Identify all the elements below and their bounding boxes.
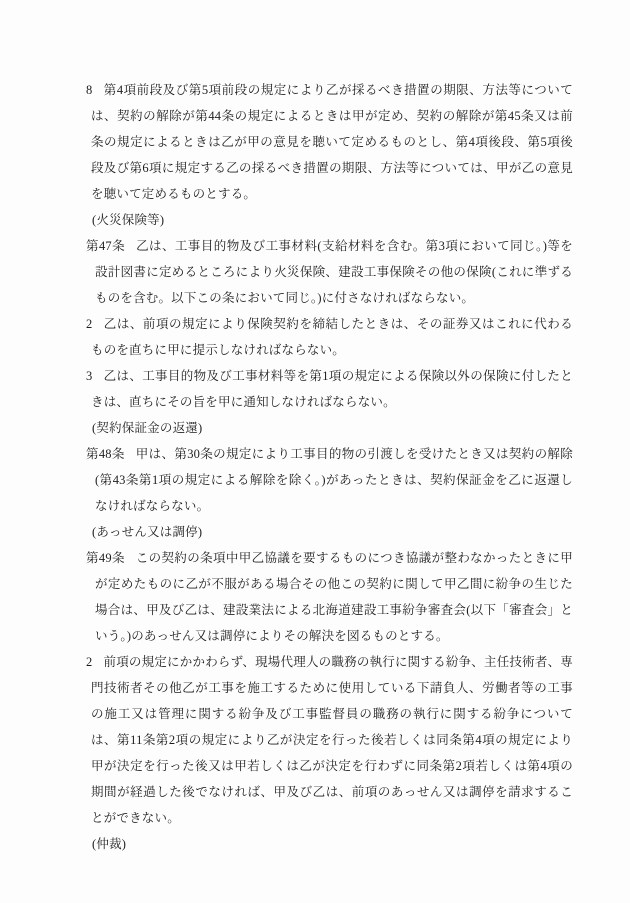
- section-heading-deposit-return: (契約保証金の返還): [86, 415, 573, 441]
- clause-item-text: 乙は、工事目的物及び工事材料等を第1項の規定による保険以外の保険に付したときは、…: [91, 369, 573, 409]
- clause-item-number: 2: [86, 655, 92, 669]
- section-heading-arbitration: (仲裁): [86, 831, 573, 857]
- article-text: 乙は、工事目的物及び工事材料(支給材料を含む。第3項において同じ。)等を設計図書…: [95, 239, 573, 305]
- document-page: 8第4項前段及び第5項前段の規定により乙が採るべき措置の期限、方法等については、…: [0, 0, 630, 903]
- clause-item-47-2: 2乙は、前項の規定により保険契約を締結したときは、その証券又はこれに代わるものを…: [86, 311, 573, 363]
- clause-item-text: 前項の規定にかかわらず、現場代理人の職務の執行に関する紛争、主任技術者、専門技術…: [91, 655, 573, 825]
- section-heading-mediation: (あっせん又は調停): [86, 519, 573, 545]
- section-heading-text: (あっせん又は調停): [92, 525, 202, 539]
- document-body: 8第4項前段及び第5項前段の規定により乙が採るべき措置の期限、方法等については、…: [86, 77, 573, 857]
- clause-item-49-2: 2前項の規定にかかわらず、現場代理人の職務の執行に関する紛争、主任技術者、専門技…: [86, 649, 573, 831]
- article-text: 甲は、第30条の規定により工事目的物の引渡しを受けたとき又は契約の解除(第43条…: [95, 447, 573, 513]
- clause-item-number: 8: [86, 83, 92, 97]
- article-text: この契約の条項中甲乙協議を要するものにつき協議が整わなかったときに甲が定めたもの…: [95, 551, 573, 643]
- clause-article-49: 第49条この契約の条項中甲乙協議を要するものにつき協議が整わなかったときに甲が定…: [86, 545, 573, 649]
- article-number: 第48条: [86, 447, 125, 461]
- section-heading-text: (契約保証金の返還): [92, 421, 202, 435]
- clause-item-text: 乙は、前項の規定により保険契約を締結したときは、その証券又はこれに代わるものを直…: [91, 317, 573, 357]
- section-heading-text: (仲裁): [92, 837, 126, 851]
- clause-item-text: 第4項前段及び第5項前段の規定により乙が採るべき措置の期限、方法等については、契…: [91, 83, 573, 201]
- article-number: 第49条: [86, 551, 125, 565]
- clause-item-47-3: 3乙は、工事目的物及び工事材料等を第1項の規定による保険以外の保険に付したときは…: [86, 363, 573, 415]
- article-number: 第47条: [86, 239, 125, 253]
- clause-item-number: 3: [86, 369, 92, 383]
- clause-article-47: 第47条乙は、工事目的物及び工事材料(支給材料を含む。第3項において同じ。)等を…: [86, 233, 573, 311]
- section-heading-text: (火災保険等): [92, 213, 164, 227]
- clause-item-number: 2: [86, 317, 92, 331]
- clause-item-8: 8第4項前段及び第5項前段の規定により乙が採るべき措置の期限、方法等については、…: [86, 77, 573, 207]
- section-heading-fire-insurance: (火災保険等): [86, 207, 573, 233]
- clause-article-48: 第48条甲は、第30条の規定により工事目的物の引渡しを受けたとき又は契約の解除(…: [86, 441, 573, 519]
